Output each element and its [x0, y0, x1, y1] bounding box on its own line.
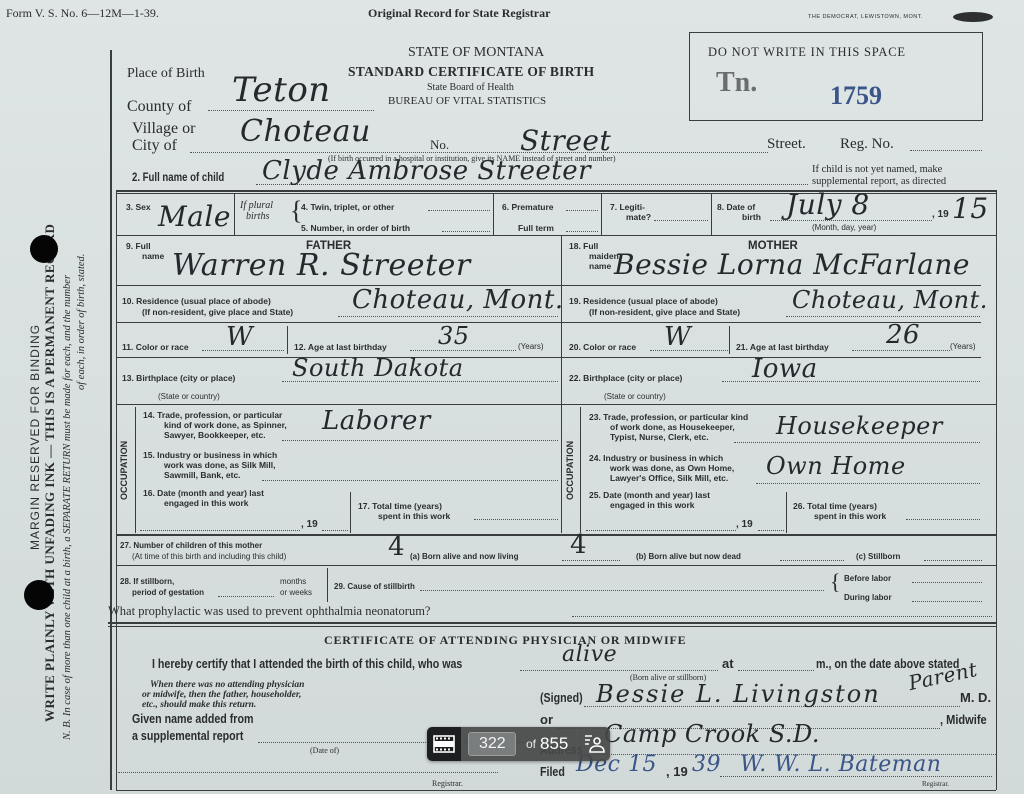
index-button[interactable] — [576, 727, 610, 761]
mother-trade-label-2: of work done, as Housekeeper, — [610, 422, 735, 432]
date-of-birth-label-2: birth — [742, 212, 761, 222]
birth-status-value: alive — [562, 642, 617, 667]
divider — [116, 322, 561, 323]
mother-industry-label: 24. Industry or business in which — [589, 453, 723, 463]
form-left-border — [110, 50, 112, 790]
divider — [116, 652, 117, 790]
father-residence-value: Choteau, Mont. — [352, 285, 564, 315]
prophylactic-line — [572, 616, 992, 617]
father-industry-label-3: Sawmill, Bank, etc. — [164, 470, 241, 480]
filed-label: Filed — [540, 764, 565, 779]
no-physician-note-3: etc., should make this return. — [142, 700, 256, 710]
mother-age-label: 21. Age at last birthday — [736, 342, 829, 352]
father-occupation-label: OCCUPATION — [119, 441, 129, 500]
printer-credit: THE DEMOCRAT, LEWISTOWN, MONT. — [808, 14, 923, 20]
punch-hole-top — [30, 235, 58, 263]
birth-year-value: 15 — [952, 192, 989, 225]
title-board: State Board of Health — [427, 82, 514, 93]
divider — [116, 235, 996, 236]
reg-no-line — [910, 150, 982, 151]
father-name-value: Warren R. Streeter — [172, 248, 471, 283]
county-line — [208, 110, 374, 111]
divider — [601, 193, 602, 235]
during-labor-line — [912, 601, 982, 602]
sex-label: 3. Sex — [126, 202, 151, 212]
father-age-unit: (Years) — [518, 342, 544, 352]
legitimate-line — [654, 220, 708, 221]
filmstrip-icon — [433, 735, 455, 753]
father-total-time-label-2: spent in this work — [378, 511, 450, 521]
mother-residence-line — [786, 316, 980, 317]
mother-residence-label-2: (If non-resident, give place and State) — [589, 307, 740, 317]
gestation-label: 28. If stillborn, — [120, 577, 174, 587]
father-name-label-2: name — [142, 251, 164, 261]
legitimate-label: 7. Legiti- — [610, 202, 645, 212]
twin-label: 4. Twin, triplet, or other — [301, 202, 394, 212]
father-age-label: 12. Age at last birthday — [294, 342, 387, 352]
premature-label: 6. Premature — [502, 202, 554, 212]
before-labor-label: Before labor — [844, 574, 891, 584]
registrar-line-left — [118, 772, 498, 773]
signed-label: (Signed) — [540, 690, 583, 705]
mother-year-prefix: , 19 — [736, 520, 753, 530]
birth-year-prefix: , 19 — [932, 210, 949, 220]
father-trade-value: Laborer — [322, 406, 431, 436]
mother-industry-label-3: Lawyer's Office, Silk Mill, etc. — [610, 473, 728, 483]
place-of-birth-label: Place of Birth — [127, 66, 205, 82]
plural-births-label-2: births — [246, 211, 269, 222]
mother-residence-label: 19. Residence (usual place of abode) — [569, 296, 718, 306]
county-label: County of — [127, 98, 191, 116]
birth-order-label: 5. Number, in order of birth — [301, 223, 410, 233]
no-physician-note-2: or midwife, then the father, householder… — [142, 690, 301, 700]
divider — [108, 626, 996, 627]
divider — [493, 193, 494, 235]
certificate-heading: CERTIFICATE OF ATTENDING PHYSICIAN OR MI… — [324, 633, 686, 648]
county-value: Teton — [232, 70, 331, 110]
office-use-box: DO NOT WRITE IN THIS SPACE Tn. 1759 — [689, 32, 983, 121]
mother-name-label: 18. Full — [569, 241, 598, 251]
children-alive-line — [562, 560, 620, 561]
divider — [135, 407, 136, 533]
page-of-label: of — [526, 737, 536, 751]
office-stamp: Tn. — [716, 67, 757, 99]
father-total-time-label: 17. Total time (years) — [358, 501, 442, 511]
children-total-value: 4 — [388, 532, 405, 562]
current-page-input[interactable]: 322 — [468, 732, 516, 756]
title-bureau: BUREAU OF VITAL STATISTICS — [388, 95, 546, 107]
stillbirth-cause-line — [420, 590, 824, 591]
filed-year-value: 39 — [692, 752, 721, 777]
date-of-hint: (Date of) — [310, 746, 339, 755]
divider — [116, 534, 996, 536]
divider — [580, 407, 581, 533]
mother-trade-label-3: Typist, Nurse, Clerk, etc. — [610, 432, 709, 442]
record-type: Original Record for State Registrar — [368, 6, 550, 21]
mother-birthplace-label: 22. Birthplace (city or place) — [569, 373, 682, 383]
mother-total-time-line — [906, 519, 980, 520]
father-birthplace-label: 13. Birthplace (city or place) — [122, 373, 235, 383]
mother-age-unit: (Years) — [950, 342, 976, 352]
mother-industry-value: Own Home — [766, 452, 906, 480]
father-last-date-label-2: engaged in this work — [164, 498, 249, 508]
street-value: Street — [520, 124, 611, 157]
mother-trade-line — [734, 442, 980, 443]
mother-total-time-label: 26. Total time (years) — [793, 501, 877, 511]
mother-last-date-line — [586, 530, 736, 531]
or-label: or — [540, 712, 553, 727]
mother-birthplace-hint: (State or country) — [604, 392, 666, 402]
father-race-label: 11. Color or race — [122, 342, 189, 352]
sex-value: Male — [158, 200, 231, 233]
punch-hole-bottom — [24, 580, 54, 610]
address-value: Camp Crook S.D. — [604, 720, 820, 748]
stillborn-count-label: (c) Stillborn — [856, 552, 900, 562]
mother-occupation-label: OCCUPATION — [565, 441, 575, 500]
father-residence-label: 10. Residence (usual place of abode) — [122, 296, 271, 306]
father-residence-label-2: (If non-resident, give place and State) — [142, 307, 293, 317]
gestation-units-months: months — [280, 577, 306, 587]
mother-trade-value: Housekeeper — [776, 412, 943, 440]
father-industry-line — [262, 480, 558, 481]
margin-note-text: N. B. In case of more than one child at … — [62, 275, 73, 740]
village-label: Village or — [132, 120, 195, 138]
child-name-label: 2. Full name of child — [132, 170, 224, 184]
mother-industry-line — [756, 483, 980, 484]
supplemental-label: Given name added from — [132, 711, 253, 726]
father-residence-line — [338, 316, 558, 317]
divider — [786, 492, 787, 533]
father-trade-line — [282, 440, 558, 441]
gestation-line — [218, 596, 274, 597]
children-dead-line — [780, 560, 844, 561]
father-age-value: 35 — [438, 322, 470, 350]
mother-name-value: Bessie Lorna McFarlane — [614, 248, 970, 281]
signature-value: Bessie L. Livingston — [596, 680, 881, 708]
children-alive-label: (a) Born alive and now living — [410, 552, 518, 562]
midwife-label: , Midwife — [940, 712, 987, 727]
mother-total-time-label-2: spent in this work — [814, 511, 886, 521]
father-age-line — [410, 350, 516, 351]
city-value: Choteau — [240, 114, 371, 149]
filed-year-prefix: , 19 — [666, 764, 688, 779]
total-pages: 855 — [540, 734, 568, 754]
father-industry-label-2: work was done, as Silk Mill, — [164, 460, 275, 470]
father-year-prefix: , 19 — [301, 520, 318, 530]
children-alive-value: 4 — [570, 530, 587, 560]
filmstrip-button[interactable] — [427, 727, 461, 761]
unnamed-note-2: supplemental report, as directed — [812, 176, 946, 187]
unnamed-note-1: If child is not yet named, make — [812, 164, 942, 175]
father-year-line — [322, 530, 348, 531]
divider — [327, 568, 328, 602]
divider — [116, 404, 996, 405]
divider — [350, 492, 351, 533]
date-of-birth-value: July 8 — [786, 188, 870, 221]
time-line — [738, 670, 814, 671]
date-of-birth-label: 8. Date of — [717, 202, 755, 212]
during-labor-label: During labor — [844, 593, 892, 603]
mother-last-date-label: 25. Date (month and year) last — [589, 490, 710, 500]
title-state: STATE OF MONTANA — [408, 45, 544, 61]
legitimate-label-2: mate? — [626, 212, 651, 222]
divider — [287, 326, 288, 354]
street-number-label: No. — [430, 137, 449, 153]
mother-industry-label-2: work was done, as Own Home, — [610, 463, 734, 473]
father-total-time-line — [474, 519, 558, 520]
city-line — [190, 152, 768, 153]
mother-last-date-label-2: engaged in this work — [610, 500, 695, 510]
full-term-label: Full term — [518, 223, 554, 233]
office-use-heading: DO NOT WRITE IN THIS SPACE — [708, 45, 906, 60]
stillbirth-cause-label: 29. Cause of stillbirth — [334, 582, 415, 592]
image-viewer-toolbar: 322 of 855 — [427, 727, 610, 761]
mother-race-value: W — [664, 322, 691, 352]
divider — [729, 326, 730, 354]
certify-statement: I hereby certify that I attended the bir… — [152, 656, 462, 671]
city-label: City of — [132, 137, 177, 155]
before-labor-line — [912, 582, 982, 583]
divider — [711, 193, 712, 235]
father-last-date-line — [140, 530, 300, 531]
birth-certificate-document: Form V. S. No. 6—12M—1-39. Original Reco… — [0, 0, 1024, 794]
stillborn-count-line — [924, 560, 982, 561]
divider — [234, 193, 235, 235]
form-number: Form V. S. No. 6—12M—1-39. — [6, 6, 159, 21]
children-dead-label: (b) Born alive but now dead — [636, 552, 741, 562]
mother-year-line — [758, 530, 784, 531]
father-race-value: W — [226, 322, 253, 352]
no-physician-note-1: When there was no attending physician — [150, 680, 304, 690]
mother-residence-value: Choteau, Mont. — [792, 286, 988, 314]
mother-name-label-3: name — [589, 261, 611, 271]
union-label-icon — [953, 12, 993, 22]
registrar-signature: W. W. L. Bateman — [740, 752, 941, 777]
divider — [108, 622, 996, 624]
birth-order-line — [442, 231, 490, 232]
prophylactic-label: What prophylactic was used to prevent op… — [108, 604, 430, 619]
margin-permanent-record-text: WRITE PLAINLY WITH UNFADING INK — THIS I… — [42, 224, 58, 722]
father-birthplace-value: South Dakota — [292, 354, 464, 382]
twin-line — [428, 210, 490, 211]
father-birthplace-hint: (State or country) — [158, 392, 220, 402]
mother-birthplace-value: Iowa — [752, 354, 818, 384]
divider — [116, 565, 996, 566]
children-count-label-2: (At time of this birth and including thi… — [132, 552, 286, 562]
reg-no-label: Reg. No. — [840, 136, 894, 153]
gestation-units-weeks: or weeks — [280, 588, 312, 598]
premature-line — [566, 210, 598, 211]
child-name-value: Clyde Ambrose Streeter — [262, 156, 591, 186]
father-trade-label: 14. Trade, profession, or particular — [143, 410, 282, 420]
mother-age-value: 26 — [886, 320, 920, 350]
father-trade-label-2: kind of work done, as Spinner, — [164, 420, 287, 430]
children-count-label: 27. Number of children of this mother — [120, 541, 262, 551]
full-term-line — [566, 231, 598, 232]
brace: { — [830, 570, 841, 594]
mother-age-line — [852, 350, 950, 351]
gestation-label-2: period of gestation — [132, 588, 204, 598]
supplemental-label-2: a supplemental report — [132, 728, 243, 743]
plural-births-label: If plural — [240, 200, 273, 211]
page-navigator: 322 of 855 — [461, 727, 576, 761]
registrar-label-right: Registrar. — [922, 780, 949, 788]
father-industry-label: 15. Industry or business in which — [143, 450, 277, 460]
form-right-border — [996, 190, 997, 790]
father-name-label: 9. Full — [126, 241, 151, 251]
street-label: Street. — [767, 136, 806, 153]
parents-column-divider — [561, 235, 562, 533]
index-person-icon — [583, 733, 605, 755]
md-label: M. D. — [960, 690, 991, 705]
office-registry-number: 1759 — [830, 81, 882, 111]
divider — [116, 790, 996, 791]
time-at-label: at — [722, 656, 734, 671]
margin-note-text-2: of each, in order of birth, stated. — [76, 254, 87, 390]
birth-status-line — [520, 670, 718, 671]
father-last-date-label: 16. Date (month and year) last — [143, 488, 264, 498]
mother-trade-label: 23. Trade, profession, or particular kin… — [589, 412, 748, 422]
mother-race-label: 20. Color or race — [569, 342, 636, 352]
date-of-birth-hint: (Month, day, year) — [812, 223, 876, 233]
margin-binding-text: MARGIN RESERVED FOR BINDING — [28, 324, 42, 550]
registrar-label-left: Registrar. — [432, 779, 463, 788]
title-certificate: STANDARD CERTIFICATE OF BIRTH — [348, 64, 594, 80]
father-trade-label-3: Sawyer, Bookkeeper, etc. — [164, 430, 266, 440]
